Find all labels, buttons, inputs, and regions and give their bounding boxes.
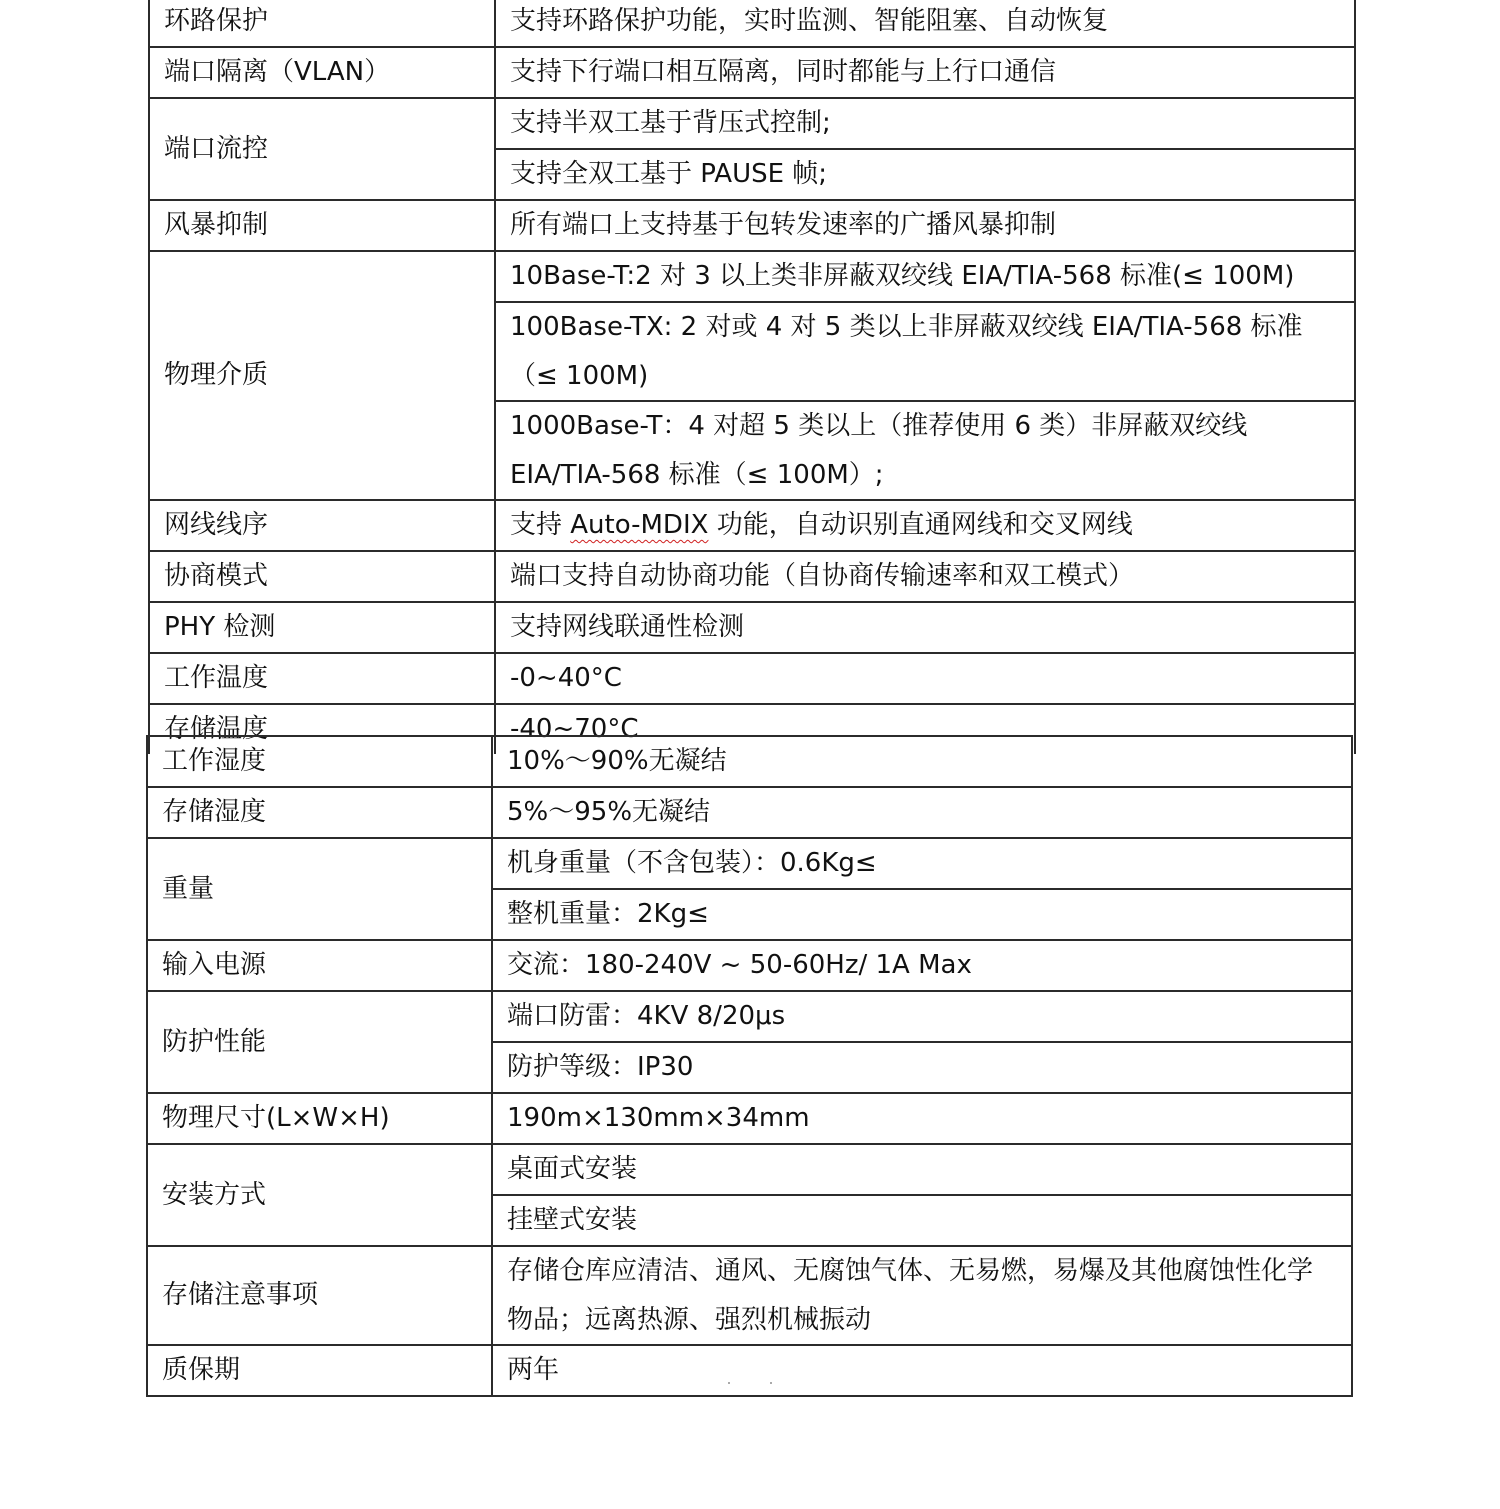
table-row: 重量 机身重量（不含包装）：0.6Kg≤: [147, 838, 1352, 889]
row-value: 支持环路保护功能，实时监测、智能阻塞、自动恢复: [495, 0, 1355, 47]
row-value: -0~40°C: [495, 653, 1355, 704]
table-row: 工作湿度 10%～90%无凝结: [147, 736, 1352, 787]
row-label-storm-suppression: 风暴抑制: [149, 200, 495, 251]
row-label-storage-notes: 存储注意事项: [147, 1246, 492, 1345]
row-label-negotiation-mode: 协商模式: [149, 551, 495, 602]
table-row: PHY 检测 支持网线联通性检测: [149, 602, 1355, 653]
row-value: 防护等级：IP30: [492, 1042, 1352, 1093]
row-value: 10Base-T:2 对 3 以上类非屏蔽双绞线 EIA/TIA-568 标准(…: [495, 251, 1355, 302]
row-value: 1000Base-T：4 对超 5 类以上（推荐使用 6 类）非屏蔽双绞线 EI…: [495, 401, 1355, 500]
row-label-operating-temp: 工作温度: [149, 653, 495, 704]
row-label-flow-control: 端口流控: [149, 98, 495, 200]
row-label-port-isolation: 端口隔离（VLAN）: [149, 47, 495, 98]
table-row: 防护性能 端口防雷：4KV 8/20μs: [147, 991, 1352, 1042]
row-value: 支持 Auto-MDIX 功能，自动识别直通网线和交叉网线: [495, 500, 1355, 551]
table-row: 端口流控 支持半双工基于背压式控制;: [149, 98, 1355, 149]
row-value: 端口支持自动协商功能（自协商传输速率和双工模式）: [495, 551, 1355, 602]
row-label-operating-humidity: 工作湿度: [147, 736, 492, 787]
row-value: 支持半双工基于背压式控制;: [495, 98, 1355, 149]
row-label-physical-medium: 物理介质: [149, 251, 495, 500]
row-label-protection: 防护性能: [147, 991, 492, 1093]
row-value: 190m×130mm×34mm: [492, 1093, 1352, 1144]
row-value: 机身重量（不含包装）：0.6Kg≤: [492, 838, 1352, 889]
table-row: 物理介质 10Base-T:2 对 3 以上类非屏蔽双绞线 EIA/TIA-56…: [149, 251, 1355, 302]
page-break-marker: [728, 1382, 772, 1384]
table-row: 质保期 两年: [147, 1345, 1352, 1396]
row-value: 端口防雷：4KV 8/20μs: [492, 991, 1352, 1042]
row-label-cable-sequence: 网线线序: [149, 500, 495, 551]
row-label-input-power: 输入电源: [147, 940, 492, 991]
row-value: 100Base-TX: 2 对或 4 对 5 类以上非屏蔽双绞线 EIA/TIA…: [495, 302, 1355, 401]
row-value: 整机重量：2Kg≤: [492, 889, 1352, 940]
spec-table-upper: 环路保护 支持环路保护功能，实时监测、智能阻塞、自动恢复 端口隔离（VLAN） …: [148, 0, 1356, 754]
row-label-installation: 安装方式: [147, 1144, 492, 1246]
value-suffix: 功能，自动识别直通网线和交叉网线: [708, 510, 1132, 540]
table-row: 工作温度 -0~40°C: [149, 653, 1355, 704]
spellcheck-underlined-term: Auto-MDIX: [570, 510, 708, 540]
table-row: 网线线序 支持 Auto-MDIX 功能，自动识别直通网线和交叉网线: [149, 500, 1355, 551]
row-value: 两年: [492, 1345, 1352, 1396]
row-value: 交流：180-240V ~ 50-60Hz/ 1A Max: [492, 940, 1352, 991]
value-prefix: 支持: [510, 510, 570, 540]
row-value: 10%～90%无凝结: [492, 736, 1352, 787]
table-row: 物理尺寸(L×W×H) 190m×130mm×34mm: [147, 1093, 1352, 1144]
row-value: 所有端口上支持基于包转发速率的广播风暴抑制: [495, 200, 1355, 251]
row-value: 桌面式安装: [492, 1144, 1352, 1195]
row-label-loop-protection: 环路保护: [149, 0, 495, 47]
row-value: 支持网线联通性检测: [495, 602, 1355, 653]
table-row: 端口隔离（VLAN） 支持下行端口相互隔离，同时都能与上行口通信: [149, 47, 1355, 98]
row-label-storage-humidity: 存储湿度: [147, 787, 492, 838]
table-row: 安装方式 桌面式安装: [147, 1144, 1352, 1195]
row-label-weight: 重量: [147, 838, 492, 940]
table-row: 存储湿度 5%～95%无凝结: [147, 787, 1352, 838]
row-label-dimensions: 物理尺寸(L×W×H): [147, 1093, 492, 1144]
row-label-phy-detection: PHY 检测: [149, 602, 495, 653]
table-row: 存储注意事项 存储仓库应清洁、通风、无腐蚀气体、无易燃，易爆及其他腐蚀性化学物品…: [147, 1246, 1352, 1345]
row-value: 支持全双工基于 PAUSE 帧;: [495, 149, 1355, 200]
row-value: 支持下行端口相互隔离，同时都能与上行口通信: [495, 47, 1355, 98]
row-value: 5%～95%无凝结: [492, 787, 1352, 838]
table-row: 协商模式 端口支持自动协商功能（自协商传输速率和双工模式）: [149, 551, 1355, 602]
table-row: 输入电源 交流：180-240V ~ 50-60Hz/ 1A Max: [147, 940, 1352, 991]
row-label-warranty: 质保期: [147, 1345, 492, 1396]
table-row: 环路保护 支持环路保护功能，实时监测、智能阻塞、自动恢复: [149, 0, 1355, 47]
row-value: 存储仓库应清洁、通风、无腐蚀气体、无易燃，易爆及其他腐蚀性化学物品；远离热源、强…: [492, 1246, 1352, 1345]
spec-table-lower: 工作湿度 10%～90%无凝结 存储湿度 5%～95%无凝结 重量 机身重量（不…: [146, 735, 1353, 1397]
row-value: 挂壁式安装: [492, 1195, 1352, 1246]
table-row: 风暴抑制 所有端口上支持基于包转发速率的广播风暴抑制: [149, 200, 1355, 251]
